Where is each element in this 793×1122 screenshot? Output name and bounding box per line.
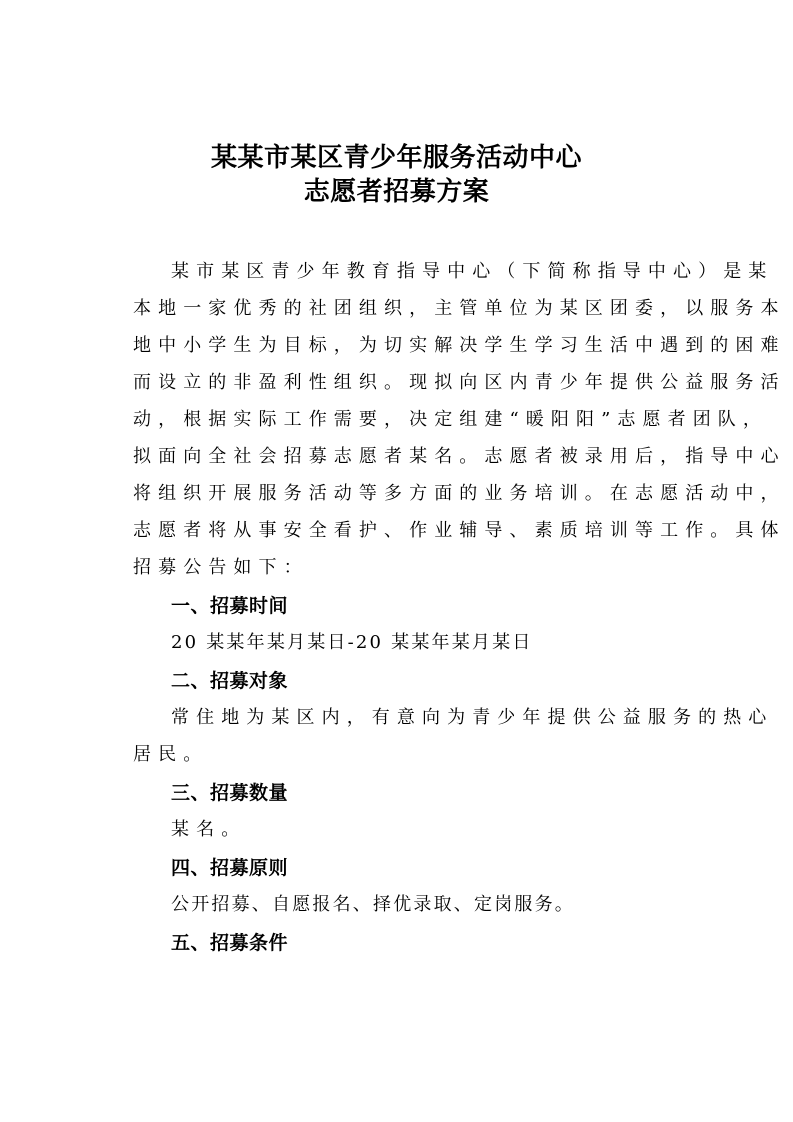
intro-paragraph-line: 而设立的非盈利性组织。现拟向区内青少年提供公益服务活 bbox=[133, 371, 693, 395]
intro-paragraph-line: 将组织开展服务活动等多方面的业务培训。在志愿活动中， bbox=[133, 482, 693, 506]
section-heading-recruitment-quantity: 三、招募数量 bbox=[171, 781, 288, 805]
section-heading-recruitment-conditions: 五、招募条件 bbox=[171, 931, 288, 955]
section-body-recruitment-time: 20 某某年某月某日-20 某某年某月某日 bbox=[171, 631, 731, 655]
intro-paragraph-line: 地中小学生为目标，为切实解决学生学习生活中遇到的困难 bbox=[133, 334, 693, 358]
intro-paragraph-line: 某市某区青少年教育指导中心（下简称指导中心）是某 bbox=[171, 260, 731, 284]
section-body-recruitment-target: 居民。 bbox=[133, 743, 693, 767]
section-heading-recruitment-time: 一、招募时间 bbox=[171, 594, 288, 618]
section-heading-recruitment-target: 二、招募对象 bbox=[171, 669, 288, 693]
intro-paragraph-line: 招募公告如下： bbox=[133, 556, 693, 580]
document-title-line-2: 志愿者招募方案 bbox=[0, 177, 793, 207]
section-body-recruitment-quantity: 某名。 bbox=[171, 818, 731, 842]
intro-paragraph-line: 拟面向全社会招募志愿者某名。志愿者被录用后，指导中心 bbox=[133, 445, 693, 469]
section-body-recruitment-principles: 公开招募、自愿报名、择优录取、定岗服务。 bbox=[171, 893, 731, 917]
document-title-line-1: 某某市某区青少年服务活动中心 bbox=[0, 143, 793, 173]
section-heading-recruitment-principles: 四、招募原则 bbox=[171, 856, 288, 880]
section-body-recruitment-target: 常住地为某区内，有意向为青少年提供公益服务的热心 bbox=[171, 706, 731, 730]
intro-paragraph-line: 志愿者将从事安全看护、作业辅导、素质培训等工作。具体 bbox=[133, 519, 693, 543]
intro-paragraph-line: 本地一家优秀的社团组织，主管单位为某区团委，以服务本 bbox=[133, 297, 693, 321]
document-page: 某某市某区青少年服务活动中心 志愿者招募方案 某市某区青少年教育指导中心（下简称… bbox=[0, 0, 793, 1122]
intro-paragraph-line: 动，根据实际工作需要，决定组建“暖阳阳”志愿者团队， bbox=[133, 408, 693, 432]
